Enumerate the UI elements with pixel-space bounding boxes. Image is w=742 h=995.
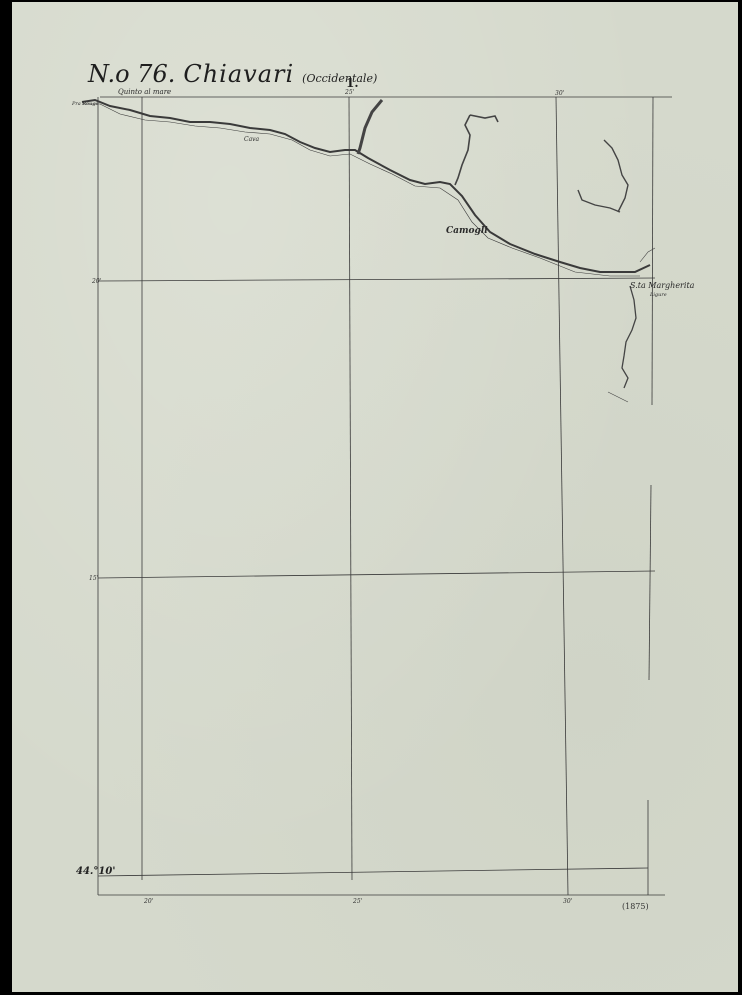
quadrant-label: 1.	[346, 76, 359, 90]
corner-latitude: 44.°10'	[76, 866, 115, 877]
map-title: N.o 76.Chiavari(Occidentale)	[88, 60, 377, 88]
left-tick-15: 15'	[89, 575, 98, 582]
bottom-tick-30: 30'	[563, 898, 572, 905]
place-label-ligure: Ligure	[650, 292, 667, 298]
grid-lines	[98, 97, 672, 895]
place-label-cava: Cava	[244, 136, 259, 143]
top-tick-30: 30'	[555, 90, 564, 97]
sheet-subtitle: (Occidentale)	[302, 72, 377, 85]
sheet-number: N.o 76.	[88, 60, 175, 88]
top-tick-25: 25'	[345, 89, 354, 96]
sheet-name: Chiavari	[183, 60, 294, 88]
place-label-quinto: Quinto al mare	[118, 88, 171, 96]
place-label-camogli: Camogli	[446, 226, 488, 236]
place-label-santa-margherita: S.ta Margherita	[630, 281, 694, 290]
left-tick-20: 20'	[92, 278, 101, 285]
map-year: (1875)	[622, 902, 649, 911]
rivers	[358, 100, 655, 402]
map-linework	[0, 0, 742, 995]
bottom-tick-25: 25'	[353, 898, 362, 905]
place-label-pra: Pra Rouge	[72, 101, 98, 107]
bottom-tick-20: 20'	[144, 898, 153, 905]
